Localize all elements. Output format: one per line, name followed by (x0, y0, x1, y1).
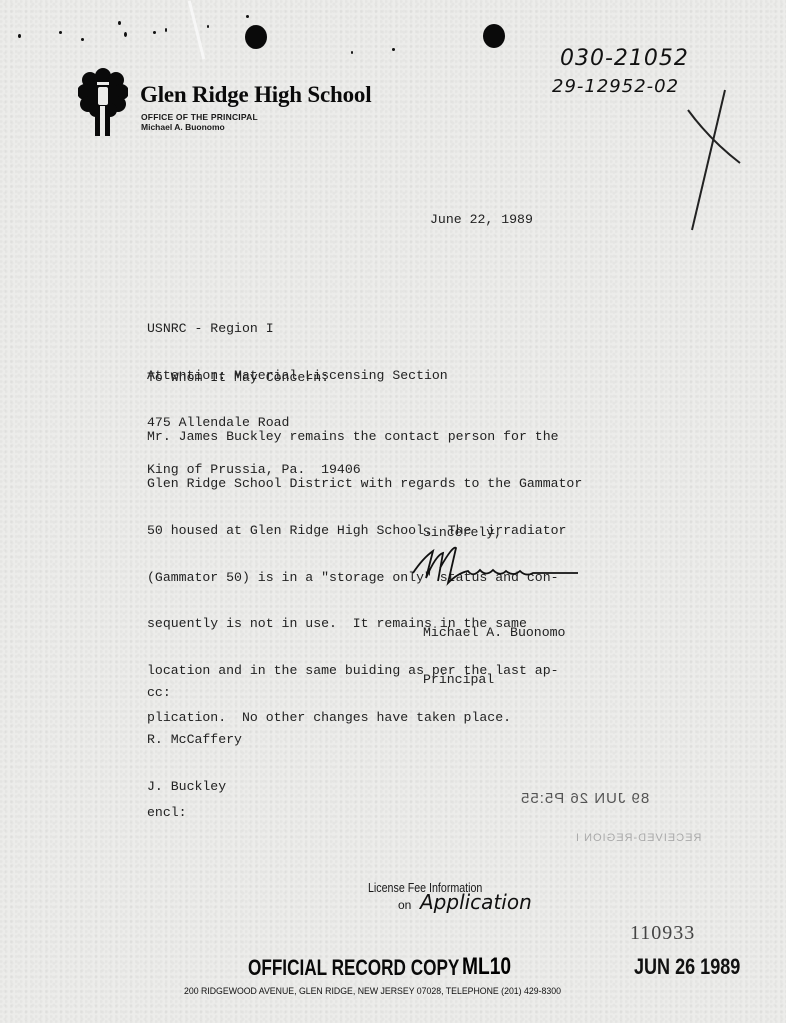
fee-info-on: on (398, 898, 411, 912)
handwritten-license-number: 29-12952-02 (552, 76, 679, 97)
scan-speck (118, 21, 121, 25)
scan-speck (207, 25, 209, 28)
scan-speck (18, 34, 21, 38)
body-line: 50 housed at Glen Ridge High School. The… (147, 523, 582, 539)
scan-speck (153, 31, 156, 34)
address-line: USNRC - Region I (147, 321, 448, 337)
salutation: To Whom It May Concern: (147, 370, 329, 386)
enclosure-label: encl: (147, 805, 187, 821)
date-stamp: JUN 26 1989 (634, 954, 740, 980)
scan-speck (124, 32, 127, 37)
ml-code-stamp: ML10 (462, 953, 511, 981)
received-time-stamp: 89 JUN 26 P5:55 (520, 790, 649, 807)
punch-hole (483, 24, 505, 48)
footer-address: 200 RIDGEWOOD AVENUE, GLEN RIDGE, NEW JE… (184, 986, 561, 997)
received-region-stamp: RECEIVED-REGION I (575, 832, 701, 844)
cc-label: cc: (147, 685, 242, 701)
signer-title: Principal (423, 672, 565, 688)
signer-block: Michael A. Buonomo Principal (423, 594, 565, 703)
handwritten-docket-number: 030-21052 (560, 46, 689, 71)
school-logo (78, 68, 128, 138)
handwritten-cross-mark (680, 85, 750, 235)
punch-hole (245, 25, 267, 49)
scan-speck (392, 48, 395, 51)
scan-speck (351, 51, 353, 54)
body-line: Mr. James Buckley remains the contact pe… (147, 429, 582, 445)
scan-speck (246, 15, 249, 18)
office-title: OFFICE OF THE PRINCIPAL (141, 112, 258, 122)
paper-crease (188, 1, 205, 60)
body-line: Glen Ridge School District with regards … (147, 476, 582, 492)
signer-name: Michael A. Buonomo (423, 625, 565, 641)
official-record-stamp: OFFICIAL RECORD COPY (248, 955, 459, 981)
cc-recipient: R. McCaffery (147, 732, 242, 748)
scan-speck (59, 31, 62, 34)
handwritten-fee-note: Application (420, 890, 532, 914)
school-name: Glen Ridge High School (140, 82, 371, 108)
letter-date: June 22, 1989 (430, 212, 533, 228)
signature (408, 543, 583, 593)
scan-speck (165, 28, 167, 32)
cc-block: cc: R. McCaffery J. Buckley (147, 654, 242, 810)
letterhead-principal: Michael A. Buonomo (141, 122, 225, 132)
cc-recipient: J. Buckley (147, 779, 242, 795)
tree-lantern-icon (78, 68, 128, 138)
closing: Sincerely, (423, 525, 502, 541)
record-number-stamp: 110933 (630, 922, 695, 945)
scan-speck (81, 38, 84, 41)
